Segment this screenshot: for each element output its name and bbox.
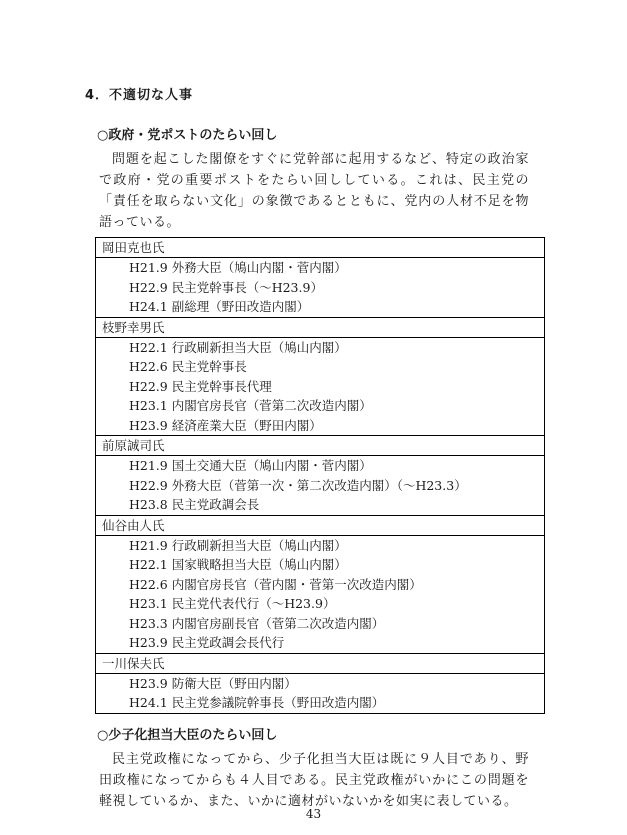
page-title: 4．不適切な人事 — [85, 88, 627, 103]
table-row-position: H23.9 防衛大臣（野田内閣） — [96, 674, 544, 694]
table-row-position: H23.8 民主党政調会長 — [96, 495, 544, 515]
section2-paragraph: 民主党政権になってから、少子化担当大臣は既に９人目であり、野田政権になってからも… — [99, 749, 529, 812]
posts-table: 岡田克也氏 H21.9 外務大臣（鳩山内閣・菅内閣） H22.9 民主党幹事長（… — [95, 237, 545, 714]
page-number: 43 — [0, 807, 627, 821]
table-row-position: H22.6 民主党幹事長 — [96, 357, 544, 377]
table-positions-group: H21.9 外務大臣（鳩山内閣・菅内閣） H22.9 民主党幹事長（～H23.9… — [96, 258, 544, 318]
table-row-position: H23.9 経済産業大臣（野田内閣） — [96, 416, 544, 436]
table-positions-group: H23.9 防衛大臣（野田内閣） H24.1 民主党参議院幹事長（野田改造内閣） — [96, 674, 544, 713]
table-positions-group: H22.1 行政刷新担当大臣（鳩山内閣） H22.6 民主党幹事長 H22.9 … — [96, 338, 544, 437]
table-row-position: H23.3 内閣官房副長官（菅第二次改造内閣） — [96, 614, 544, 634]
table-row-position: H22.9 外務大臣（菅第一次・第二次改造内閣）（～H23.3） — [96, 476, 544, 496]
table-row-position: H21.9 外務大臣（鳩山内閣・菅内閣） — [96, 258, 544, 278]
page-content: 4．不適切な人事 ○政府・党ポストのたらい回し 問題を起こした閣僚をすぐに党幹部… — [0, 0, 627, 812]
table-row-position: H21.9 行政刷新担当大臣（鳩山内閣） — [96, 536, 544, 556]
section2-heading: ○少子化担当大臣のたらい回し — [97, 728, 627, 743]
table-row-position: H24.1 民主党参議院幹事長（野田改造内閣） — [96, 693, 544, 713]
section1-paragraph: 問題を起こした閣僚をすぐに党幹部に起用するなど、特定の政治家で政府・党の重要ポス… — [99, 149, 529, 233]
table-row-position: H22.9 民主党幹事長（～H23.9） — [96, 278, 544, 298]
table-row-position: H23.1 内閣官房長官（菅第二次改造内閣） — [96, 396, 544, 416]
table-row-position: H24.1 副総理（野田改造内閣） — [96, 297, 544, 317]
table-row-person-name: 前原誠司氏 — [96, 436, 544, 456]
table-row-person-name: 枝野幸男氏 — [96, 318, 544, 338]
table-row-person-name: 仙谷由人氏 — [96, 516, 544, 536]
table-row-position: H22.1 国家戦略担当大臣（鳩山内閣） — [96, 555, 544, 575]
table-row-position: H21.9 国土交通大臣（鳩山内閣・菅内閣） — [96, 456, 544, 476]
table-row-person-name: 一川保夫氏 — [96, 654, 544, 674]
table-row-position: H23.1 民主党代表代行（～H23.9） — [96, 594, 544, 614]
table-positions-group: H21.9 国土交通大臣（鳩山内閣・菅内閣） H22.9 外務大臣（菅第一次・第… — [96, 456, 544, 516]
document-page: 4．不適切な人事 ○政府・党ポストのたらい回し 問題を起こした閣僚をすぐに党幹部… — [0, 0, 627, 835]
table-positions-group: H21.9 行政刷新担当大臣（鳩山内閣） H22.1 国家戦略担当大臣（鳩山内閣… — [96, 536, 544, 654]
table-row-position: H22.9 民主党幹事長代理 — [96, 377, 544, 397]
table-row-position: H22.6 内閣官房長官（菅内閣・菅第一次改造内閣） — [96, 575, 544, 595]
table-row-person-name: 岡田克也氏 — [96, 238, 544, 258]
table-row-position: H22.1 行政刷新担当大臣（鳩山内閣） — [96, 338, 544, 358]
table-row-position: H23.9 民主党政調会長代行 — [96, 633, 544, 653]
section1-heading: ○政府・党ポストのたらい回し — [97, 128, 627, 143]
